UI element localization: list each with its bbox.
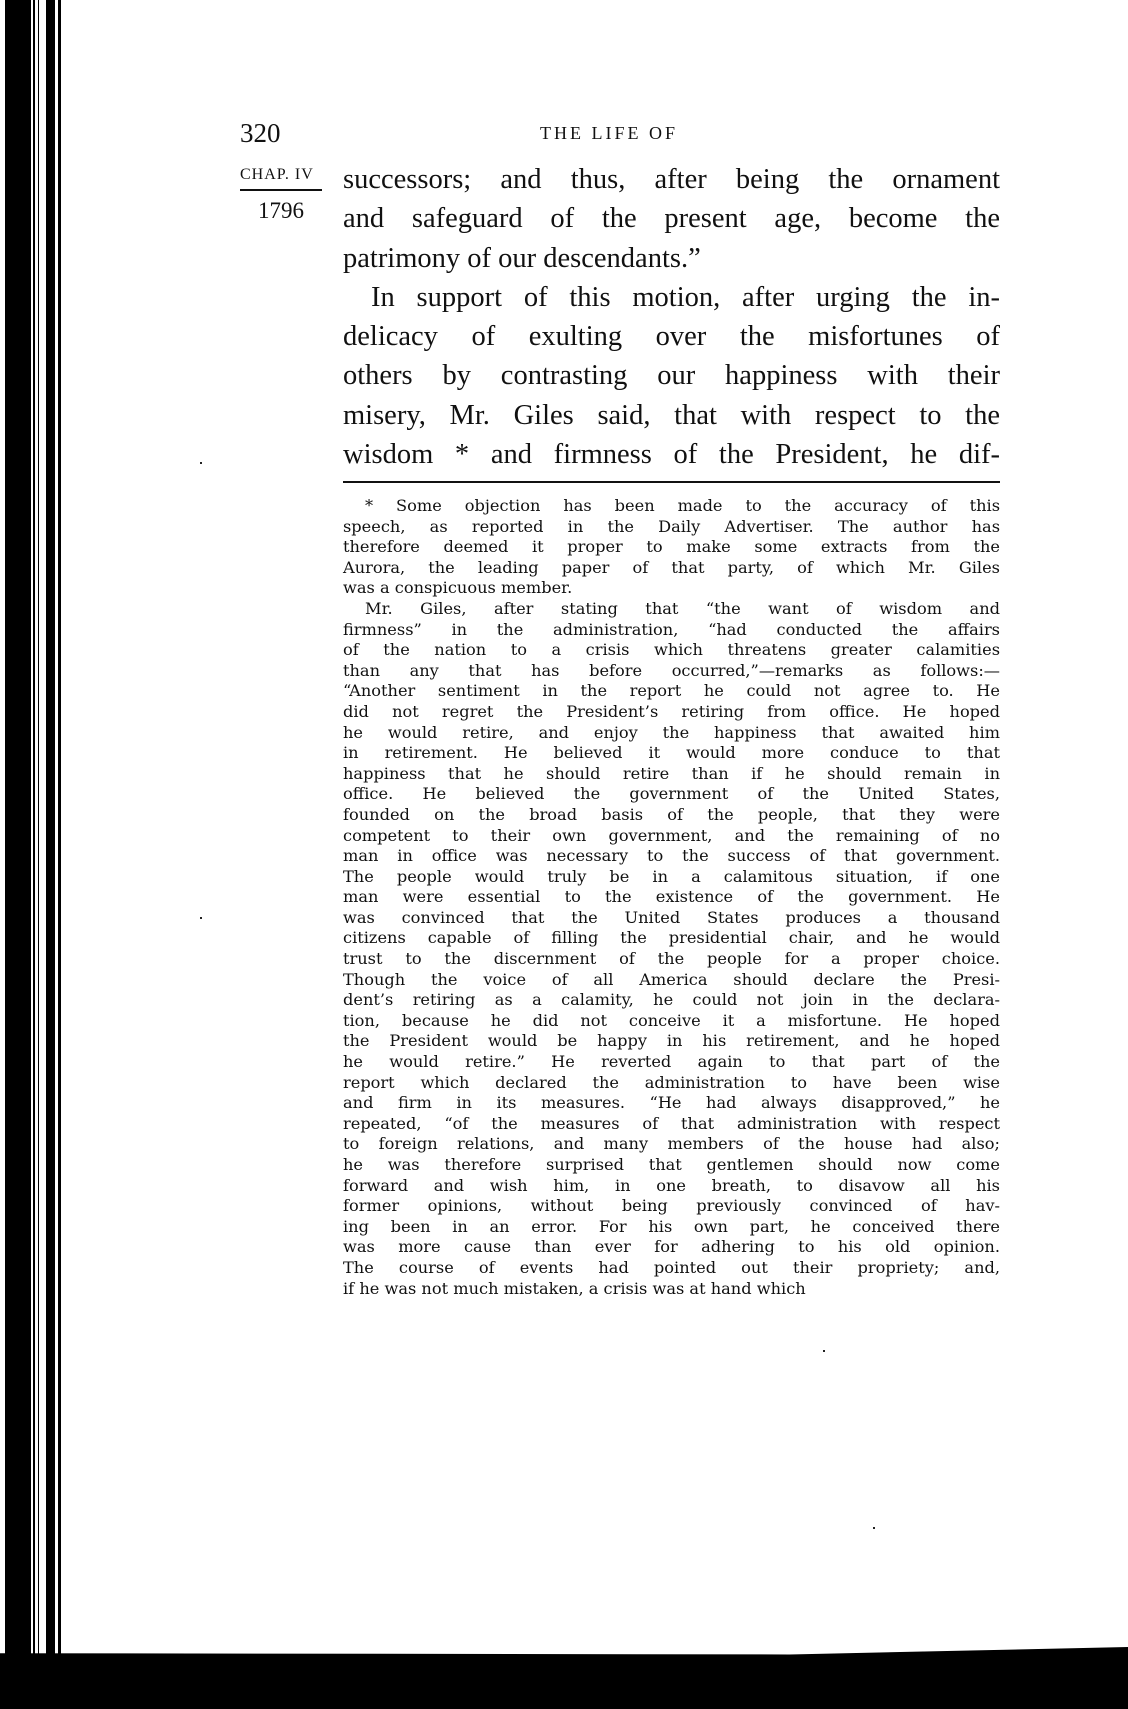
margin-rule xyxy=(240,189,322,191)
footnote-separator xyxy=(343,481,1000,483)
footnote-line: if he was not much mistaken, a crisis wa… xyxy=(343,1279,1000,1300)
footnote-line: the President would be happy in his reti… xyxy=(343,1031,1000,1052)
scan-speck xyxy=(873,1527,875,1529)
footnote-line: report which declared the administration… xyxy=(343,1073,1000,1094)
footnote-line: The people would truly be in a calamitou… xyxy=(343,867,1000,888)
footnote-line: ing been in an error. For his own part, … xyxy=(343,1217,1000,1238)
footnote-line: * Some objection has been made to the ac… xyxy=(343,496,1000,517)
footnote-line: The course of events had pointed out the… xyxy=(343,1258,1000,1279)
footnote-line: did not regret the President’s retiring … xyxy=(343,702,1000,723)
footnote-line: he was therefore surprised that gentleme… xyxy=(343,1155,1000,1176)
footnote-line: was more cause than ever for adhering to… xyxy=(343,1237,1000,1258)
footnote-line: and firm in its measures. “He had always… xyxy=(343,1093,1000,1114)
footnote-line: trust to the discernment of the people f… xyxy=(343,949,1000,970)
footnote-line: in retirement. He believed it would more… xyxy=(343,743,1000,764)
body-line: others by contrasting our happiness with… xyxy=(343,356,1000,395)
chapter-label: CHAP. IV xyxy=(240,166,322,184)
footnote-line: he would retire, and enjoy the happiness… xyxy=(343,723,1000,744)
scan-bottom-edge xyxy=(0,1647,1128,1709)
body-line: misery, Mr. Giles said, that with respec… xyxy=(343,396,1000,435)
page-number: 320 xyxy=(240,118,281,149)
book-binding-edge xyxy=(0,0,70,1709)
footnote-line: Aurora, the leading paper of that party,… xyxy=(343,558,1000,579)
body-line: wisdom * and firmness of the President, … xyxy=(343,435,1000,474)
footnote-line: competent to their own government, and t… xyxy=(343,826,1000,847)
footnote-line: dent’s retiring as a calamity, he could … xyxy=(343,990,1000,1011)
footnote-line: of the nation to a crisis which threaten… xyxy=(343,640,1000,661)
main-body-text: successors; and thus, after being the or… xyxy=(343,160,1000,474)
footnote-line: citizens capable of filling the presiden… xyxy=(343,928,1000,949)
footnote-block: * Some objection has been made to the ac… xyxy=(343,496,1000,1299)
running-title: THE LIFE OF xyxy=(540,123,678,144)
scan-speck xyxy=(200,917,202,919)
footnote-line: therefore deemed it proper to make some … xyxy=(343,537,1000,558)
footnote-line: he would retire.” He reverted again to t… xyxy=(343,1052,1000,1073)
footnote-line: happiness that he should retire than if … xyxy=(343,764,1000,785)
footnote-line: “Another sentiment in the report he coul… xyxy=(343,681,1000,702)
footnote-line: was convinced that the United States pro… xyxy=(343,908,1000,929)
margin-note: CHAP. IV 1796 xyxy=(240,166,322,224)
footnote-line: founded on the broad basis of the people… xyxy=(343,805,1000,826)
footnote-line: office. He believed the government of th… xyxy=(343,784,1000,805)
body-line: In support of this motion, after urging … xyxy=(343,278,1000,317)
footnote-line: speech, as reported in the Daily Adverti… xyxy=(343,517,1000,538)
footnote-line: tion, because he did not conceive it a m… xyxy=(343,1011,1000,1032)
footnote-line: firmness” in the administration, “had co… xyxy=(343,620,1000,641)
scan-speck xyxy=(200,462,202,464)
body-line: successors; and thus, after being the or… xyxy=(343,160,1000,199)
footnote-line: to foreign relations, and many members o… xyxy=(343,1134,1000,1155)
footnote-line: man in office was necessary to the succe… xyxy=(343,846,1000,867)
body-line: and safeguard of the present age, become… xyxy=(343,199,1000,238)
footnote-line: Though the voice of all America should d… xyxy=(343,970,1000,991)
body-line: patrimony of our descendants.” xyxy=(343,239,1000,278)
year-label: 1796 xyxy=(240,198,322,224)
footnote-line: repeated, “of the measures of that admin… xyxy=(343,1114,1000,1135)
body-line: delicacy of exulting over the misfortune… xyxy=(343,317,1000,356)
scan-speck xyxy=(823,1350,825,1352)
footnote-line: former opinions, without being previousl… xyxy=(343,1196,1000,1217)
footnote-line: was a conspicuous member. xyxy=(343,578,1000,599)
footnote-line: forward and wish him, in one breath, to … xyxy=(343,1176,1000,1197)
running-head: 320 THE LIFE OF xyxy=(0,118,1128,158)
footnote-line: man were essential to the existence of t… xyxy=(343,887,1000,908)
footnote-line: than any that has before occurred,”—rema… xyxy=(343,661,1000,682)
footnote-line: Mr. Giles, after stating that “the want … xyxy=(343,599,1000,620)
